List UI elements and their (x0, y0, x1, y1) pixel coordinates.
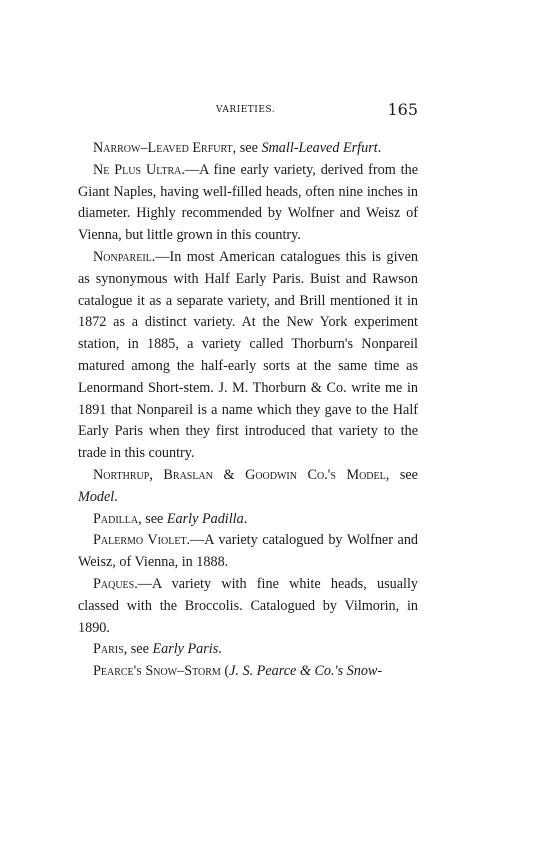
entry-text: , see (233, 140, 262, 156)
entry-cross-reference: Small-Leaved Erfurt (261, 140, 377, 156)
entry-headword: Nonpareil. (93, 249, 155, 265)
entry-tail: . (378, 140, 382, 156)
entry-headword: Paques. (93, 576, 138, 592)
entry-text: —In most American catalogues this is giv… (78, 249, 418, 461)
entry-headword: Palermo Violet. (93, 532, 190, 548)
entry-cross-reference: Early Padilla (167, 511, 244, 527)
entry-northrup-model: Northrup, Braslan & Goodwin Co.'s Model,… (78, 465, 418, 509)
entry-headword: Pearce's Snow–Storm (93, 663, 221, 679)
entry-paques: Paques.—A variety with fine white heads,… (78, 574, 418, 639)
entry-text: ( (221, 663, 229, 679)
entry-narrow-leaved-erfurt: Narrow–Leaved Erfurt, see Small-Leaved E… (78, 138, 418, 160)
entry-pearces-snow-storm: Pearce's Snow–Storm (J. S. Pearce & Co.'… (78, 661, 418, 683)
entry-text: , see (138, 511, 167, 527)
entry-cross-reference: Early Paris (152, 641, 218, 657)
page-header: VARIETIES. 165 (78, 100, 418, 120)
entry-headword: Padilla (93, 511, 138, 527)
entry-headword: Northrup, Braslan & Goodwin Co.'s Model (93, 467, 386, 483)
entry-cross-reference: Model (78, 489, 114, 505)
entry-text: , see (386, 467, 418, 483)
entry-headword: Narrow–Leaved Erfurt (93, 140, 233, 156)
entry-text: , see (124, 641, 153, 657)
entry-headword: Ne Plus Ultra. (93, 162, 185, 178)
entry-tail: . (114, 489, 118, 505)
entry-palermo-violet: Palermo Violet.—A variety catalogued by … (78, 530, 418, 574)
entry-tail: . (218, 641, 222, 657)
page-number: 165 (387, 100, 418, 119)
entry-ne-plus-ultra: Ne Plus Ultra.—A fine early variety, der… (78, 160, 418, 247)
entry-tail: . (244, 511, 248, 527)
running-head: VARIETIES. (216, 105, 275, 115)
entry-paris: Paris, see Early Paris. (78, 639, 418, 661)
entry-nonpareil: Nonpareil.—In most American catalogues t… (78, 247, 418, 465)
entry-padilla: Padilla, see Early Padilla. (78, 509, 418, 531)
entry-cross-reference: J. S. Pearce & Co.'s Snow- (229, 663, 382, 679)
page-body: Narrow–Leaved Erfurt, see Small-Leaved E… (78, 138, 418, 683)
entry-headword: Paris (93, 641, 124, 657)
